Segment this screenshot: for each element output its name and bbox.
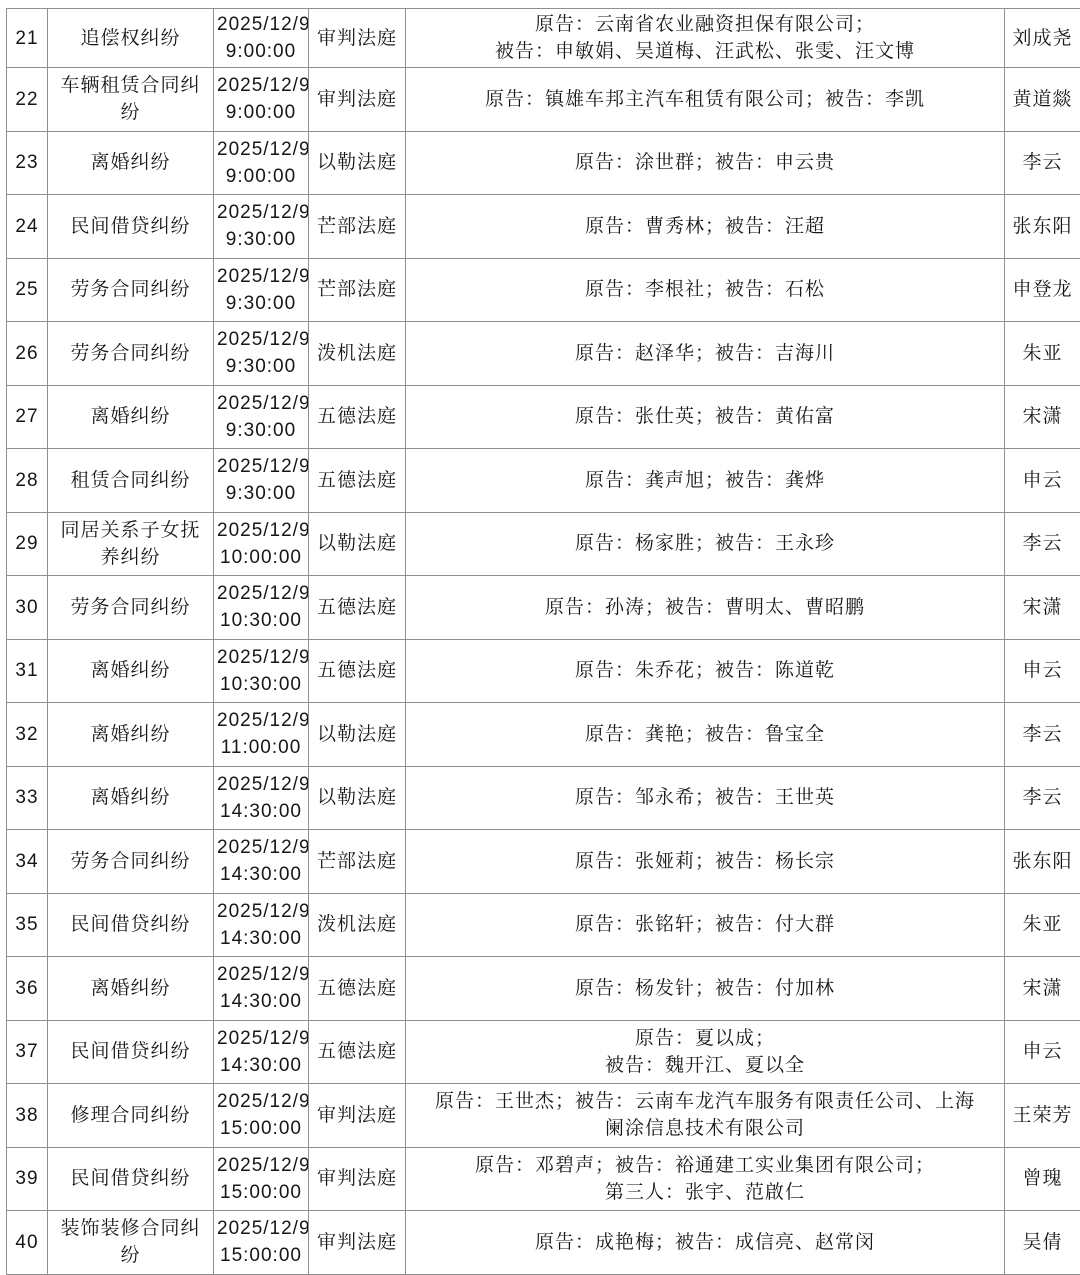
cell-sequence-number: 23 bbox=[7, 131, 48, 195]
cell-sequence-number: 30 bbox=[7, 576, 48, 640]
cell-case-type: 离婚纠纷 bbox=[48, 131, 214, 195]
cell-parties: 原告：邹永希；被告：王世英 bbox=[406, 766, 1005, 830]
cell-courtroom: 芒部法庭 bbox=[309, 258, 406, 322]
court-hearing-schedule-page: 21 追偿权纠纷 2025/12/9 9:00:00 审判法庭 原告：云南省农业… bbox=[0, 0, 1080, 1275]
cell-hearing-time: 2025/12/9 9:30:00 bbox=[214, 258, 309, 322]
cell-courtroom: 泼机法庭 bbox=[309, 893, 406, 957]
cell-judge: 朱亚 bbox=[1005, 893, 1080, 957]
cell-courtroom: 芒部法庭 bbox=[309, 195, 406, 259]
cell-courtroom: 五德法庭 bbox=[309, 576, 406, 640]
cell-judge: 宋潇 bbox=[1005, 576, 1080, 640]
table-row: 28 租赁合同纠纷 2025/12/9 9:30:00 五德法庭 原告：龚声旭；… bbox=[7, 449, 1080, 513]
cell-hearing-time: 2025/12/9 9:30:00 bbox=[214, 449, 309, 513]
cell-courtroom: 五德法庭 bbox=[309, 1020, 406, 1084]
cell-parties: 原告：镇雄车邦主汽车租赁有限公司；被告：李凯 bbox=[406, 68, 1005, 132]
table-row: 23 离婚纠纷 2025/12/9 9:00:00 以勒法庭 原告：涂世群；被告… bbox=[7, 131, 1080, 195]
cell-parties: 原告：张仕英；被告：黄佑富 bbox=[406, 385, 1005, 449]
cell-hearing-time: 2025/12/9 9:30:00 bbox=[214, 195, 309, 259]
cell-parties: 原告：杨发针；被告：付加林 bbox=[406, 957, 1005, 1021]
cell-judge: 朱亚 bbox=[1005, 322, 1080, 386]
cell-parties: 原告：成艳梅；被告：成信亮、赵常闵 bbox=[406, 1211, 1005, 1275]
cell-judge: 李云 bbox=[1005, 131, 1080, 195]
cell-sequence-number: 27 bbox=[7, 385, 48, 449]
cell-case-type: 民间借贷纠纷 bbox=[48, 1020, 214, 1084]
cell-parties: 原告：张铭轩；被告：付大群 bbox=[406, 893, 1005, 957]
table-row: 25 劳务合同纠纷 2025/12/9 9:30:00 芒部法庭 原告：李根社；… bbox=[7, 258, 1080, 322]
cell-parties: 原告：孙涛；被告：曹明太、曹昭鹏 bbox=[406, 576, 1005, 640]
table-row: 26 劳务合同纠纷 2025/12/9 9:30:00 泼机法庭 原告：赵泽华；… bbox=[7, 322, 1080, 386]
cell-sequence-number: 24 bbox=[7, 195, 48, 259]
cell-hearing-time: 2025/12/9 9:30:00 bbox=[214, 385, 309, 449]
table-row: 34 劳务合同纠纷 2025/12/9 14:30:00 芒部法庭 原告：张娅莉… bbox=[7, 830, 1080, 894]
cell-sequence-number: 33 bbox=[7, 766, 48, 830]
cell-case-type: 租赁合同纠纷 bbox=[48, 449, 214, 513]
cell-hearing-time: 2025/12/9 10:30:00 bbox=[214, 576, 309, 640]
cell-hearing-time: 2025/12/9 9:00:00 bbox=[214, 68, 309, 132]
table-row: 40 装饰装修合同纠 纷 2025/12/9 15:00:00 审判法庭 原告：… bbox=[7, 1211, 1080, 1275]
cell-sequence-number: 35 bbox=[7, 893, 48, 957]
cell-parties: 原告：龚声旭；被告：龚烨 bbox=[406, 449, 1005, 513]
table-row: 37 民间借贷纠纷 2025/12/9 14:30:00 五德法庭 原告：夏以成… bbox=[7, 1020, 1080, 1084]
table-row: 22 车辆租赁合同纠 纷 2025/12/9 9:00:00 审判法庭 原告：镇… bbox=[7, 68, 1080, 132]
cell-parties: 原告：涂世群；被告：申云贵 bbox=[406, 131, 1005, 195]
cell-hearing-time: 2025/12/9 14:30:00 bbox=[214, 957, 309, 1021]
cell-judge: 王荣芳 bbox=[1005, 1084, 1080, 1148]
cell-case-type: 车辆租赁合同纠 纷 bbox=[48, 68, 214, 132]
cell-judge: 申云 bbox=[1005, 449, 1080, 513]
cell-hearing-time: 2025/12/9 9:00:00 bbox=[214, 131, 309, 195]
cell-judge: 宋潇 bbox=[1005, 957, 1080, 1021]
cell-hearing-time: 2025/12/9 10:30:00 bbox=[214, 639, 309, 703]
cell-case-type: 离婚纠纷 bbox=[48, 703, 214, 767]
cell-sequence-number: 26 bbox=[7, 322, 48, 386]
cell-sequence-number: 22 bbox=[7, 68, 48, 132]
cell-sequence-number: 31 bbox=[7, 639, 48, 703]
cell-sequence-number: 32 bbox=[7, 703, 48, 767]
cell-case-type: 民间借贷纠纷 bbox=[48, 1147, 214, 1211]
cell-hearing-time: 2025/12/9 15:00:00 bbox=[214, 1211, 309, 1275]
cell-parties: 原告：杨家胜；被告：王永珍 bbox=[406, 512, 1005, 576]
cell-courtroom: 以勒法庭 bbox=[309, 512, 406, 576]
cell-parties: 原告：曹秀林；被告：汪超 bbox=[406, 195, 1005, 259]
cell-case-type: 离婚纠纷 bbox=[48, 385, 214, 449]
cell-sequence-number: 28 bbox=[7, 449, 48, 513]
cell-hearing-time: 2025/12/9 14:30:00 bbox=[214, 830, 309, 894]
cell-courtroom: 审判法庭 bbox=[309, 1084, 406, 1148]
cell-case-type: 追偿权纠纷 bbox=[48, 9, 214, 68]
table-row: 27 离婚纠纷 2025/12/9 9:30:00 五德法庭 原告：张仕英；被告… bbox=[7, 385, 1080, 449]
cell-judge: 申云 bbox=[1005, 639, 1080, 703]
cell-judge: 刘成尧 bbox=[1005, 9, 1080, 68]
table-row: 29 同居关系子女抚 养纠纷 2025/12/9 10:00:00 以勒法庭 原… bbox=[7, 512, 1080, 576]
table-row: 24 民间借贷纠纷 2025/12/9 9:30:00 芒部法庭 原告：曹秀林；… bbox=[7, 195, 1080, 259]
cell-case-type: 劳务合同纠纷 bbox=[48, 830, 214, 894]
table-row: 33 离婚纠纷 2025/12/9 14:30:00 以勒法庭 原告：邹永希；被… bbox=[7, 766, 1080, 830]
cell-hearing-time: 2025/12/9 14:30:00 bbox=[214, 1020, 309, 1084]
cell-case-type: 修理合同纠纷 bbox=[48, 1084, 214, 1148]
cell-hearing-time: 2025/12/9 15:00:00 bbox=[214, 1147, 309, 1211]
cell-courtroom: 五德法庭 bbox=[309, 639, 406, 703]
cell-parties: 原告：云南省农业融资担保有限公司； 被告：申敏娟、吴道梅、汪武松、张雯、汪文博 bbox=[406, 9, 1005, 68]
cell-courtroom: 芒部法庭 bbox=[309, 830, 406, 894]
cell-courtroom: 审判法庭 bbox=[309, 68, 406, 132]
hearing-schedule-table: 21 追偿权纠纷 2025/12/9 9:00:00 审判法庭 原告：云南省农业… bbox=[6, 8, 1080, 1275]
cell-sequence-number: 38 bbox=[7, 1084, 48, 1148]
cell-judge: 李云 bbox=[1005, 512, 1080, 576]
cell-sequence-number: 36 bbox=[7, 957, 48, 1021]
cell-courtroom: 五德法庭 bbox=[309, 957, 406, 1021]
cell-case-type: 离婚纠纷 bbox=[48, 957, 214, 1021]
cell-case-type: 民间借贷纠纷 bbox=[48, 195, 214, 259]
cell-judge: 李云 bbox=[1005, 766, 1080, 830]
cell-courtroom: 泼机法庭 bbox=[309, 322, 406, 386]
cell-hearing-time: 2025/12/9 9:30:00 bbox=[214, 322, 309, 386]
cell-hearing-time: 2025/12/9 9:00:00 bbox=[214, 9, 309, 68]
cell-sequence-number: 34 bbox=[7, 830, 48, 894]
cell-hearing-time: 2025/12/9 14:30:00 bbox=[214, 893, 309, 957]
cell-judge: 吴倩 bbox=[1005, 1211, 1080, 1275]
cell-sequence-number: 21 bbox=[7, 9, 48, 68]
table-row: 38 修理合同纠纷 2025/12/9 15:00:00 审判法庭 原告：王世杰… bbox=[7, 1084, 1080, 1148]
cell-parties: 原告：张娅莉；被告：杨长宗 bbox=[406, 830, 1005, 894]
cell-judge: 曾瑰 bbox=[1005, 1147, 1080, 1211]
cell-judge: 申云 bbox=[1005, 1020, 1080, 1084]
cell-hearing-time: 2025/12/9 11:00:00 bbox=[214, 703, 309, 767]
cell-judge: 申登龙 bbox=[1005, 258, 1080, 322]
cell-courtroom: 五德法庭 bbox=[309, 385, 406, 449]
cell-sequence-number: 29 bbox=[7, 512, 48, 576]
cell-case-type: 劳务合同纠纷 bbox=[48, 322, 214, 386]
cell-parties: 原告：李根社；被告：石松 bbox=[406, 258, 1005, 322]
cell-parties: 原告：王世杰；被告：云南车龙汽车服务有限责任公司、上海 阑涂信息技术有限公司 bbox=[406, 1084, 1005, 1148]
cell-case-type: 离婚纠纷 bbox=[48, 639, 214, 703]
cell-judge: 宋潇 bbox=[1005, 385, 1080, 449]
cell-judge: 李云 bbox=[1005, 703, 1080, 767]
cell-case-type: 装饰装修合同纠 纷 bbox=[48, 1211, 214, 1275]
cell-parties: 原告：夏以成； 被告：魏开江、夏以全 bbox=[406, 1020, 1005, 1084]
cell-hearing-time: 2025/12/9 14:30:00 bbox=[214, 766, 309, 830]
cell-sequence-number: 40 bbox=[7, 1211, 48, 1275]
cell-judge: 张东阳 bbox=[1005, 195, 1080, 259]
table-row: 35 民间借贷纠纷 2025/12/9 14:30:00 泼机法庭 原告：张铭轩… bbox=[7, 893, 1080, 957]
cell-hearing-time: 2025/12/9 15:00:00 bbox=[214, 1084, 309, 1148]
table-row: 32 离婚纠纷 2025/12/9 11:00:00 以勒法庭 原告：龚艳；被告… bbox=[7, 703, 1080, 767]
cell-courtroom: 五德法庭 bbox=[309, 449, 406, 513]
cell-sequence-number: 39 bbox=[7, 1147, 48, 1211]
cell-case-type: 离婚纠纷 bbox=[48, 766, 214, 830]
cell-case-type: 劳务合同纠纷 bbox=[48, 258, 214, 322]
cell-hearing-time: 2025/12/9 10:00:00 bbox=[214, 512, 309, 576]
cell-parties: 原告：龚艳；被告：鲁宝全 bbox=[406, 703, 1005, 767]
table-row: 39 民间借贷纠纷 2025/12/9 15:00:00 审判法庭 原告：邓碧声… bbox=[7, 1147, 1080, 1211]
cell-judge: 黄道燚 bbox=[1005, 68, 1080, 132]
cell-courtroom: 以勒法庭 bbox=[309, 766, 406, 830]
cell-case-type: 劳务合同纠纷 bbox=[48, 576, 214, 640]
cell-sequence-number: 25 bbox=[7, 258, 48, 322]
cell-courtroom: 以勒法庭 bbox=[309, 131, 406, 195]
cell-courtroom: 审判法庭 bbox=[309, 1211, 406, 1275]
cell-judge: 张东阳 bbox=[1005, 830, 1080, 894]
cell-sequence-number: 37 bbox=[7, 1020, 48, 1084]
cell-parties: 原告：赵泽华；被告：吉海川 bbox=[406, 322, 1005, 386]
hearing-schedule-rows: 21 追偿权纠纷 2025/12/9 9:00:00 审判法庭 原告：云南省农业… bbox=[7, 9, 1080, 1275]
cell-courtroom: 以勒法庭 bbox=[309, 703, 406, 767]
cell-case-type: 民间借贷纠纷 bbox=[48, 893, 214, 957]
cell-courtroom: 审判法庭 bbox=[309, 9, 406, 68]
cell-case-type: 同居关系子女抚 养纠纷 bbox=[48, 512, 214, 576]
table-row: 36 离婚纠纷 2025/12/9 14:30:00 五德法庭 原告：杨发针；被… bbox=[7, 957, 1080, 1021]
table-row: 21 追偿权纠纷 2025/12/9 9:00:00 审判法庭 原告：云南省农业… bbox=[7, 9, 1080, 68]
table-row: 31 离婚纠纷 2025/12/9 10:30:00 五德法庭 原告：朱乔花；被… bbox=[7, 639, 1080, 703]
table-row: 30 劳务合同纠纷 2025/12/9 10:30:00 五德法庭 原告：孙涛；… bbox=[7, 576, 1080, 640]
cell-parties: 原告：邓碧声；被告：裕通建工实业集团有限公司； 第三人：张宇、范啟仁 bbox=[406, 1147, 1005, 1211]
cell-courtroom: 审判法庭 bbox=[309, 1147, 406, 1211]
cell-parties: 原告：朱乔花；被告：陈道乾 bbox=[406, 639, 1005, 703]
